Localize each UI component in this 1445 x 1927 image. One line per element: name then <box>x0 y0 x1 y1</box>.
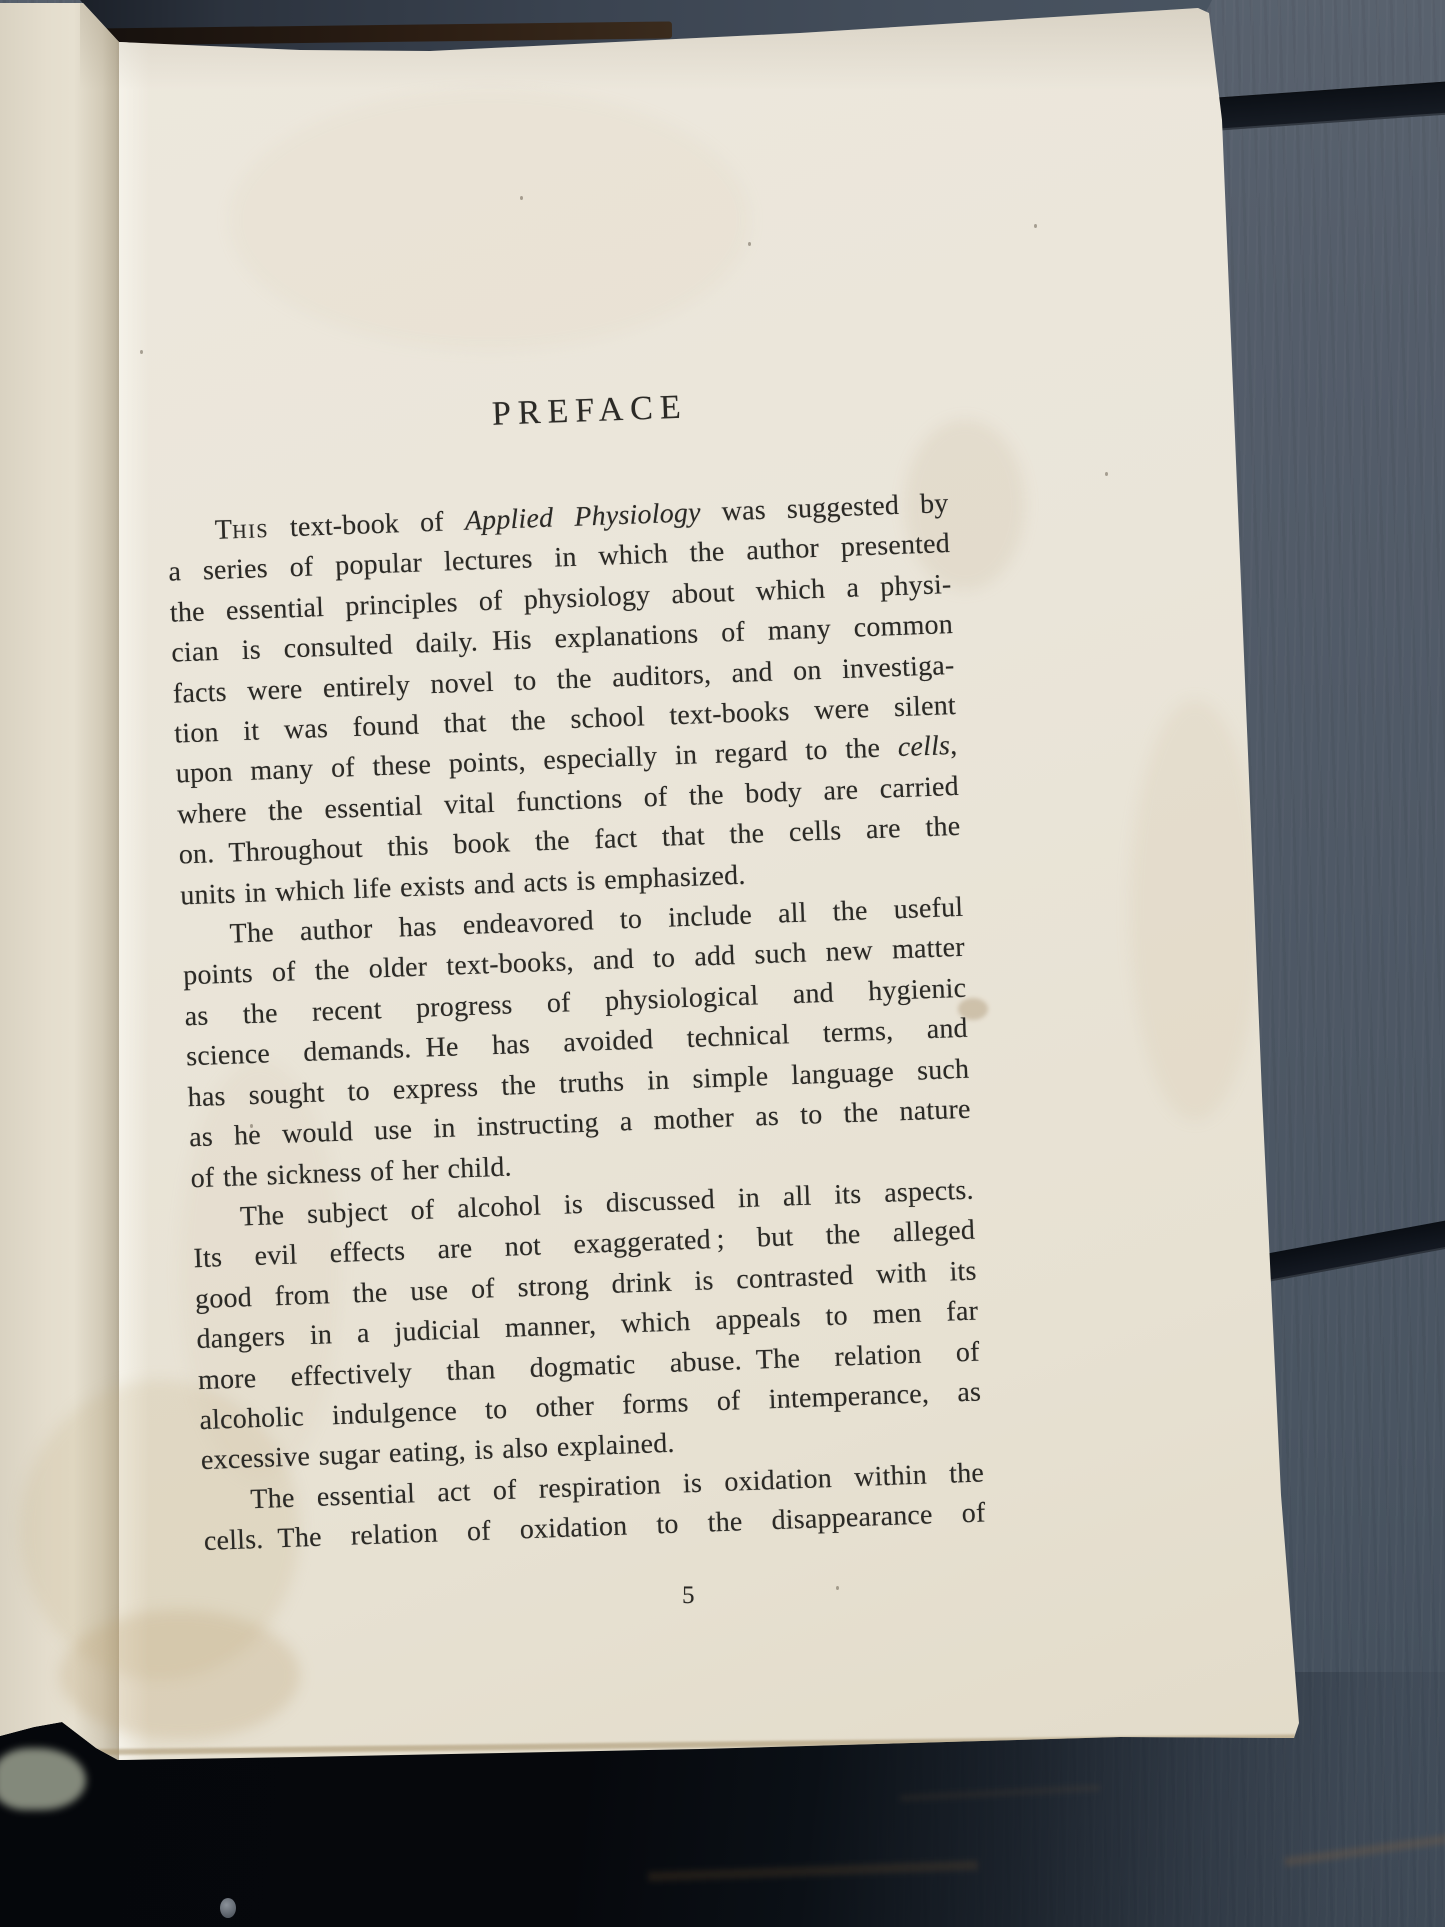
paper-speck <box>1105 472 1108 476</box>
page-stain <box>1130 700 1260 1120</box>
small-pebble <box>220 1898 236 1918</box>
book-cover-corner <box>0 1748 86 1810</box>
text-lines: This text-book of Applied Physiology was… <box>166 484 986 1563</box>
printed-text-block: PREFACE This text-book of Applied Physio… <box>162 372 986 1562</box>
paper-speck <box>520 196 523 200</box>
page-stain <box>230 90 750 350</box>
paper-speck <box>836 1586 839 1590</box>
paper-speck <box>140 350 143 354</box>
paper-speck <box>1034 224 1037 228</box>
paper-speck <box>748 242 751 246</box>
book-page: PREFACE This text-book of Applied Physio… <box>0 0 1445 1927</box>
page-title: PREFACE <box>234 372 945 444</box>
page-stain <box>60 1610 300 1740</box>
page-number: 5 <box>682 1582 695 1610</box>
